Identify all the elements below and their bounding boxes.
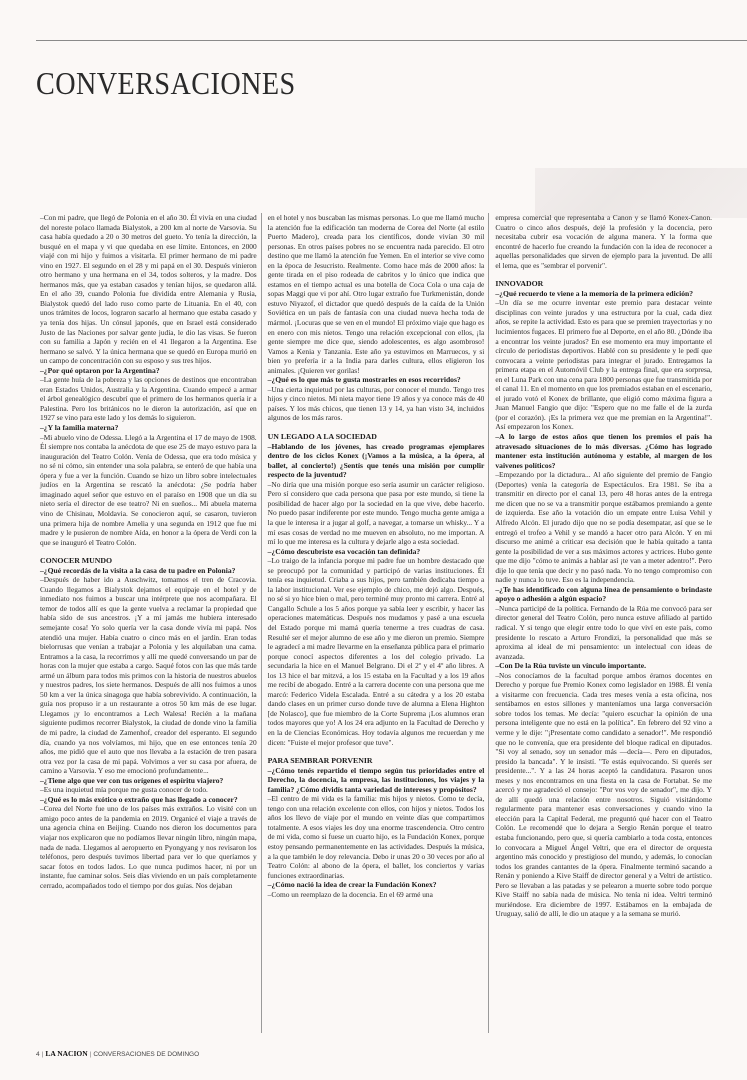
answer-paragraph: –Un día se me ocurre inventar este premi…	[495, 298, 712, 432]
page-footer: 4|LA NACION|CONVERSACIONES DE DOMINGO	[36, 1049, 199, 1058]
interview-question: –¿Tiene algo que ver con tus orígenes el…	[40, 776, 257, 786]
interview-question: –Con De la Rúa tuviste un vínculo import…	[495, 661, 712, 671]
answer-paragraph: –El centro de mi vida es la familia: mis…	[268, 794, 485, 880]
answer-paragraph: –La gente huía de la pobreza y las opcio…	[40, 375, 257, 423]
answer-paragraph: empresa comercial que representaba a Can…	[495, 213, 712, 270]
answer-paragraph: en el hotel y nos buscaban las mismas pe…	[268, 213, 485, 375]
interview-question: –¿Por qué optaron por la Argentina?	[40, 366, 257, 376]
answer-paragraph: –Es una inquietud mía porque me gusta co…	[40, 785, 257, 795]
answer-paragraph: –No diría que una misión porque eso serí…	[268, 480, 485, 547]
answer-paragraph: –Mi abuelo vino de Odessa. Llegó a la Ar…	[40, 433, 257, 548]
section-subhead: PARA SEMBRAR PORVENIR	[268, 756, 485, 766]
interview-question: –¿Qué es lo que más te gusta mostrarles …	[268, 375, 485, 385]
article-column-2: en el hotel y nos buscaban las mismas pe…	[261, 213, 489, 1033]
interview-question: –¿Qué recordás de la visita a la casa de…	[40, 566, 257, 576]
interview-question: –Hablando de los jóvenes, has creado pro…	[268, 442, 485, 480]
photo-bleed-area	[535, 168, 747, 218]
interview-question: –¿Te has identificado con alguna línea d…	[495, 585, 712, 604]
footer-separator: |	[90, 1051, 92, 1058]
brand-logo: LA NACION	[45, 1049, 87, 1058]
article-body: –Con mi padre, que llegó de Polonia en e…	[36, 213, 716, 1033]
answer-paragraph: –Después de haber ido a Auschwitz, tomam…	[40, 575, 257, 775]
answer-paragraph: –Lo traigo de la infancia porque mi padr…	[268, 556, 485, 747]
interview-question: –A lo largo de estos años que tienen los…	[495, 432, 712, 470]
page-number: 4	[36, 1051, 40, 1058]
interview-question: –¿Qué recuerdo te viene a la memoria de …	[495, 289, 712, 299]
section-subhead: CONOCER MUNDO	[40, 556, 257, 566]
answer-paragraph: –Una cierta inquietud por las culturas, …	[268, 385, 485, 423]
section-subhead: UN LEGADO A LA SOCIEDAD	[268, 432, 485, 442]
supplement-name: CONVERSACIONES DE DOMINGO	[93, 1051, 199, 1058]
article-column-1: –Con mi padre, que llegó de Polonia en e…	[36, 213, 261, 1033]
answer-paragraph: –Nunca participé de la política. Fernand…	[495, 604, 712, 661]
article-column-3: empresa comercial que representaba a Can…	[488, 213, 716, 1033]
footer-separator: |	[42, 1051, 44, 1058]
header-rule	[36, 40, 747, 41]
interview-question: –¿Y la familia materna?	[40, 423, 257, 433]
answer-paragraph: –Con mi padre, que llegó de Polonia en e…	[40, 213, 257, 366]
answer-paragraph: –Corea del Norte fue uno de los países m…	[40, 804, 257, 890]
interview-question: –¿Qué es lo más exótico o extraño que ha…	[40, 795, 257, 805]
interview-question: –¿Cómo tenés repartido el tiempo según t…	[268, 766, 485, 795]
answer-paragraph: –Nos conocíamos de la facultad porque am…	[495, 671, 712, 919]
answer-paragraph: –Como un reemplazo de la docencia. En el…	[268, 890, 485, 900]
answer-paragraph: –Empezando por la dictadura... Al año si…	[495, 470, 712, 585]
interview-question: –¿Cómo nació la idea de crear la Fundaci…	[268, 880, 485, 890]
section-title: CONVERSACIONES	[36, 65, 296, 102]
interview-question: –¿Cómo descubriste esa vocación tan defi…	[268, 547, 485, 557]
section-subhead: INNOVADOR	[495, 279, 712, 289]
